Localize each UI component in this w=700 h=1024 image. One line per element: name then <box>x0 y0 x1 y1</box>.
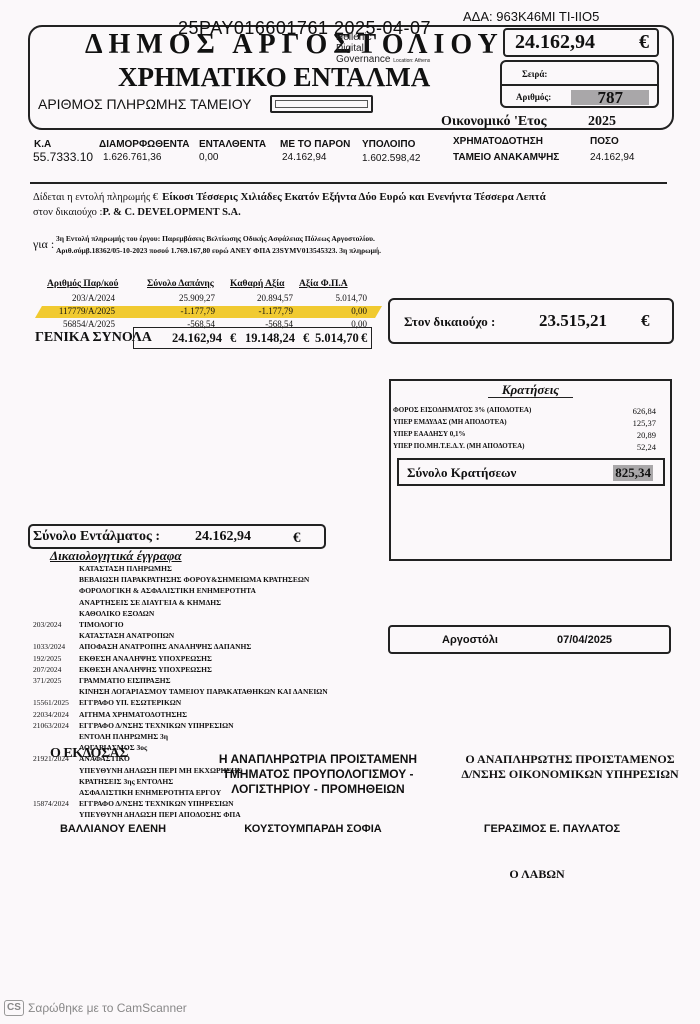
invoice-header-number: Αριθμός Παρ/κού <box>47 279 118 289</box>
invoice-number: 117779/Α/2025 <box>59 306 115 316</box>
deduction-row: ΥΠΕΡ ΕΜΔΥΔΑΣ (ΜΗ ΑΠΟΔΟΤΕΑ)125,37 <box>393 418 656 430</box>
budget-ordered: 0,00 <box>199 152 218 163</box>
beneficiary-line: στον δικαιούχο :P. & C. DEVELOPMENT S.A. <box>33 207 241 218</box>
grand-vat: 5.014,70 <box>315 331 359 346</box>
doc-description: ΕΓΓΡΑΦΟ Δ/ΝΣΗΣ ΤΕΧΝΙΚΩΝ ΥΠΗΡΕΣΙΩΝ <box>79 799 234 808</box>
invoice-vat: 0,00 <box>351 306 367 316</box>
fiscal-year: 2025 <box>588 114 616 130</box>
amount-in-words: Είκοσι Τέσσερις Χιλιάδες Εκατόν Εξήντα Δ… <box>162 191 546 203</box>
purpose-text: 3η Εντολή πληρωμής του έργου: Παρεμβάσει… <box>56 233 381 257</box>
director-name: ΓΕΡΑΣΙΜΟΣ Ε. ΠΑΥΛΑΤΟΣ <box>452 822 652 837</box>
doc-description: ΕΚΘΕΣΗ ΑΝΑΛΗΨΗΣ ΥΠΟΧΡΕΩΣΗΣ <box>79 665 212 674</box>
title-line: Η ΑΝΑΠΛΗΡΩΤΡΙΑ ΠΡΟΙΣΤΑΜΕΝΗ <box>218 752 418 767</box>
doc-description: ΚΑΤΑΣΤΑΣΗ ΠΛΗΡΩΜΗΣ <box>79 564 172 573</box>
euro-icon: € <box>639 31 649 54</box>
doc-reference: 371/2025 <box>33 676 61 685</box>
budget-balance: 1.602.598,42 <box>362 153 420 164</box>
order-total-label: Σύνολο Εντάλματος : <box>33 529 160 545</box>
doc-reference: 22034/2024 <box>33 710 69 719</box>
doc-description: ΑΙΤΗΜΑ ΧΡΗΜΑΤΟΔΟΤΗΣΗΣ <box>79 710 187 719</box>
camscanner-text: Σαρώθηκε με το CamScanner <box>28 1001 187 1015</box>
place: Αργοστόλι <box>442 634 498 646</box>
series-label: Σειρά: <box>522 69 547 79</box>
invoice-header-total: Σύνολο Δαπάνης <box>147 279 214 289</box>
grand-total: 24.162,94 <box>172 331 222 346</box>
invoice-header-net: Καθαρή Αξία <box>230 279 284 289</box>
budget-header-formed: ΔΙΑΜΟΡΦΩΘΕΝΤΑ <box>99 139 189 150</box>
doc-description: ΥΠΕΥΘΥΝΗ ΔΗΛΩΣΗ ΠΕΡΙ ΑΠΟΔΟΣΗΣ ΦΠΑ <box>79 810 241 819</box>
budget-amount: 24.162,94 <box>590 152 635 163</box>
invoice-net: -1.177,79 <box>259 306 294 316</box>
doc-description: ΚΑΘΟΛΙΚΟ ΕΞΟΔΩΝ <box>79 609 154 618</box>
purpose-line: Αριθ.σύμβ.18362/05-10-2023 ποσού 1.769.1… <box>56 245 381 257</box>
purpose-line: 3η Εντολή πληρωμής του έργου: Παρεμβάσει… <box>56 233 381 245</box>
header-amount-box: 24.162,94 € <box>503 28 659 57</box>
series-number-box: Σειρά: Αριθμός: 787 <box>500 60 659 108</box>
budget-header-funding: ΧΡΗΜΑΤΟΔΟΤΗΣΗ <box>453 136 543 147</box>
for-label: για : <box>33 237 54 252</box>
invoice-row: 203/Α/202425.909,2720.894,575.014,70 <box>35 293 380 304</box>
receiver-title: Ο ΛΑΒΩΝ <box>487 867 587 882</box>
director-signatory-title: Ο ΑΝΑΠΛΗΡΩΤΗΣ ΠΡΟΙΣΤΑΜΕΝΟΣ Δ/ΝΣΗΣ ΟΙΚΟΝΟ… <box>445 752 695 782</box>
budget-current: 24.162,94 <box>282 152 327 163</box>
doc-description: ΤΙΜΟΛΟΓΙΟ <box>79 620 124 629</box>
doc-description: ΚΡΑΤΗΣΕΙΣ 3ης ΕΝΤΟΛΗΣ <box>79 777 173 786</box>
accounting-signatory-title: Η ΑΝΑΠΛΗΡΩΤΡΙΑ ΠΡΟΙΣΤΑΜΕΝΗ ΤΜΗΜΑΤΟΣ ΠΡΟΥ… <box>218 752 418 797</box>
doc-description: ΑΝΑΡΤΗΣΕΙΣ ΣΕ ΔΙΑΥΓΕΙΑ & ΚΗΜΔΗΣ <box>79 598 221 607</box>
camscanner-watermark: CS Σαρώθηκε με το CamScanner <box>4 1000 187 1016</box>
deduction-row: ΦΟΡΟΣ ΕΙΣΟΔΗΜΑΤΟΣ 3% (ΑΠΟΔΟΤΕΑ)626,84 <box>393 406 656 418</box>
invoice-net: 20.894,57 <box>257 293 293 303</box>
doc-reference: 21063/2024 <box>33 721 69 730</box>
beneficiary-name: P. & C. DEVELOPMENT S.A. <box>102 207 240 218</box>
header-amount: 24.162,94 <box>515 31 595 54</box>
order-amount-line: Δίδεται η εντολή πληρωμής €Είκοσι Τέσσερ… <box>33 191 546 203</box>
euro-icon: € <box>293 530 301 547</box>
deduction-label: ΥΠΕΡ ΕΜΔΥΔΑΣ (ΜΗ ΑΠΟΔΟΤΕΑ) <box>393 418 507 426</box>
doc-description: ΚΙΝΗΣΗ ΛΟΓΑΡΙΑΣΜΟΥ ΤΑΜΕΙΟΥ ΠΑΡΑΚΑΤΑΘΗΚΩΝ… <box>79 687 328 696</box>
doc-reference: 15561/2025 <box>33 698 69 707</box>
euro-icon: € <box>230 331 236 346</box>
doc-reference: 15874/2024 <box>33 799 69 808</box>
issuer-name: ΒΑΛΛΙΑΝΟΥ ΕΛΕΝΗ <box>48 822 178 837</box>
budget-header-current: ΜΕ ΤΟ ΠΑΡΟΝ <box>280 139 350 150</box>
place-date-box: Αργοστόλι 07/04/2025 <box>388 625 671 654</box>
title-line: ΤΜΗΜΑΤΟΣ ΠΡΟΥΠΟΛΟΓΙΣΜΟΥ - <box>218 767 418 782</box>
doc-description: ΕΓΓΡΑΦΟ Δ/ΝΣΗΣ ΤΕΧΝΙΚΩΝ ΥΠΗΡΕΣΙΩΝ <box>79 721 234 730</box>
order-total-box: Σύνολο Εντάλματος : 24.162,94 € <box>28 524 326 549</box>
deduction-amount: 52,24 <box>637 442 656 452</box>
invoice-total: -1.177,79 <box>181 306 216 316</box>
doc-reference: 207/2024 <box>33 665 61 674</box>
doc-description: ΕΚΘΕΣΗ ΑΝΑΛΗΨΗΣ ΥΠΟΧΡΕΩΣΗΣ <box>79 654 212 663</box>
deduction-label: ΥΠΕΡ ΕΑΑΔΗΣΥ 0,1% <box>393 430 466 438</box>
ada-code: ΑΔΑ: 963Κ46ΜΙ ΤΙ-ΙΙΟ5 <box>463 9 599 24</box>
deductions-total: 825,34 <box>613 465 653 481</box>
doc-description: ΕΓΓΡΑΦΟ ΥΠ. ΕΣΩΤΕΡΙΚΩΝ <box>79 698 181 707</box>
camscanner-logo-icon: CS <box>4 1000 24 1016</box>
doc-reference: 203/2024 <box>33 620 61 629</box>
number-label: Αριθμός: <box>516 92 551 102</box>
divider <box>30 182 667 184</box>
order-prefix: Δίδεται η εντολή πληρωμής € <box>33 192 158 203</box>
doc-description: ΕΝΤΟΛΗ ΠΛΗΡΩΜΗΣ 3η <box>79 732 168 741</box>
invoice-number: 203/Α/2024 <box>72 293 115 303</box>
euro-icon: € <box>641 311 650 331</box>
doc-description: ΦΟΡΟΛΟΓΙΚΗ & ΑΣΦΑΛΙΣΤΙΚΗ ΕΝΗΜΕΡΟΤΗΤΑ <box>79 586 256 595</box>
budget-funding: ΤΑΜΕΙΟ ΑΝΑΚΑΜΨΗΣ <box>453 152 559 163</box>
deduction-row: ΥΠΕΡ ΠΟ.ΜΗ.Τ.Ε.Δ.Υ. (ΜΗ ΑΠΟΔΟΤΕΑ)52,24 <box>393 442 656 454</box>
beneficiary-prefix: στον δικαιούχο : <box>33 207 102 218</box>
grand-totals-box: 24.162,94 € 19.148,24 € 5.014,70 € <box>133 327 372 349</box>
beneficiary-amount: 23.515,21 <box>539 311 607 331</box>
doc-reference: 192/2025 <box>33 654 61 663</box>
title-line: Δ/ΝΣΗΣ ΟΙΚΟΝΟΜΙΚΩΝ ΥΠΗΡΕΣΙΩΝ <box>445 767 695 782</box>
payment-number-label: ΑΡΙΘΜΟΣ ΠΛΗΡΩΜΗΣ ΤΑΜΕΙΟΥ <box>38 96 252 112</box>
accounting-name: ΚΟΥΣΤΟΥΜΠΑΡΔΗ ΣΟΦΙΑ <box>228 822 398 837</box>
invoice-total: 25.909,27 <box>179 293 215 303</box>
date: 07/04/2025 <box>557 634 612 646</box>
budget-formed: 1.626.761,36 <box>103 152 161 163</box>
euro-icon: € <box>303 331 309 346</box>
deduction-amount: 626,84 <box>633 406 656 416</box>
doc-description: ΚΑΤΑΣΤΑΣΗ ΑΝΑΤΡΟΠΩΝ <box>79 631 174 640</box>
document-title: ΧΡΗΜΑΤΙΚΟ ΕΝΤΑΛΜΑ <box>118 62 430 93</box>
deductions-total-box: Σύνολο Κρατήσεων 825,34 <box>397 458 665 486</box>
budget-ka: 55.7333.10 <box>33 150 93 164</box>
invoice-number: 56854/Α/2025 <box>63 319 115 329</box>
deduction-amount: 20,89 <box>637 430 656 440</box>
invoice-row: 117779/Α/2025-1.177,79-1.177,790,00 <box>35 306 380 317</box>
doc-description: ΑΣΦΑΛΙΣΤΙΚΗ ΕΝΗΜΕΡΟΤΗΤΑ ΕΡΓΟΥ <box>79 788 221 797</box>
deduction-row: ΥΠΕΡ ΕΑΑΔΗΣΥ 0,1%20,89 <box>393 430 656 442</box>
deductions-title: Κρατήσεις <box>391 382 670 398</box>
signature-line: Digital <box>336 43 430 54</box>
budget-header-ordered: ΕΝΤΑΛΘΕΝΤΑ <box>199 139 266 150</box>
title-line: ΛΟΓΙΣΤΗΡΙΟΥ - ΠΡΟΜΗΘΕΙΩΝ <box>218 782 418 797</box>
deduction-amount: 125,37 <box>633 418 656 428</box>
payment-number-field <box>270 95 373 113</box>
invoice-vat: 5.014,70 <box>336 293 368 303</box>
euro-icon: € <box>361 331 367 346</box>
doc-description: ΑΠΟΦΑΣΗ ΑΝΑΤΡΟΠΗΣ ΑΝΑΛΗΨΗΣ ΔΑΠΑΝΗΣ <box>79 642 251 651</box>
issuer-title: Ο ΕΚΔΟΣΑΣ <box>50 746 128 762</box>
deductions-box: Κρατήσεις ΦΟΡΟΣ ΕΙΣΟΔΗΜΑΤΟΣ 3% (ΑΠΟΔΟΤΕΑ… <box>389 379 672 561</box>
doc-description: ΒΕΒΑΙΩΣΗ ΠΑΡΑΚΡΑΤΗΣΗΣ ΦΟΡΟΥ&ΣΗΜΕΙΩΜΑ ΚΡΑ… <box>79 575 309 584</box>
budget-header-balance: ΥΠΟΛΟΙΠΟ <box>362 139 415 150</box>
title-line: Ο ΑΝΑΠΛΗΡΩΤΗΣ ΠΡΟΙΣΤΑΜΕΝΟΣ <box>445 752 695 767</box>
number-value: 787 <box>571 90 649 105</box>
grand-net: 19.148,24 <box>245 331 295 346</box>
doc-reference: 1033/2024 <box>33 642 65 651</box>
invoice-header-vat: Αξία Φ.Π.Α <box>299 279 348 289</box>
stamp-code: 25PAY016601761 2025-04-07 <box>178 18 431 39</box>
beneficiary-amount-box: Στον δικαιούχο : 23.515,21 € <box>388 298 674 344</box>
doc-description: ΓΡΑΜΜΑΤΙΟ ΕΙΣΠΡΑΞΗΣ <box>79 676 171 685</box>
supporting-docs-title: Δικαιολογητικά έγγραφα <box>50 548 182 564</box>
deduction-label: ΦΟΡΟΣ ΕΙΣΟΔΗΜΑΤΟΣ 3% (ΑΠΟΔΟΤΕΑ) <box>393 406 531 414</box>
order-total: 24.162,94 <box>195 529 251 545</box>
deductions-total-label: Σύνολο Κρατήσεων <box>407 465 516 481</box>
deduction-label: ΥΠΕΡ ΠΟ.ΜΗ.Τ.Ε.Δ.Υ. (ΜΗ ΑΠΟΔΟΤΕΑ) <box>393 442 524 450</box>
beneficiary-amount-label: Στον δικαιούχο : <box>404 314 495 330</box>
deductions-title-text: Κρατήσεις <box>488 382 573 398</box>
budget-header-amount: ΠΟΣΟ <box>590 136 619 147</box>
budget-header-ka: Κ.Α <box>34 139 51 150</box>
fiscal-year-label: Οικονομικό 'Ετος <box>441 114 547 130</box>
